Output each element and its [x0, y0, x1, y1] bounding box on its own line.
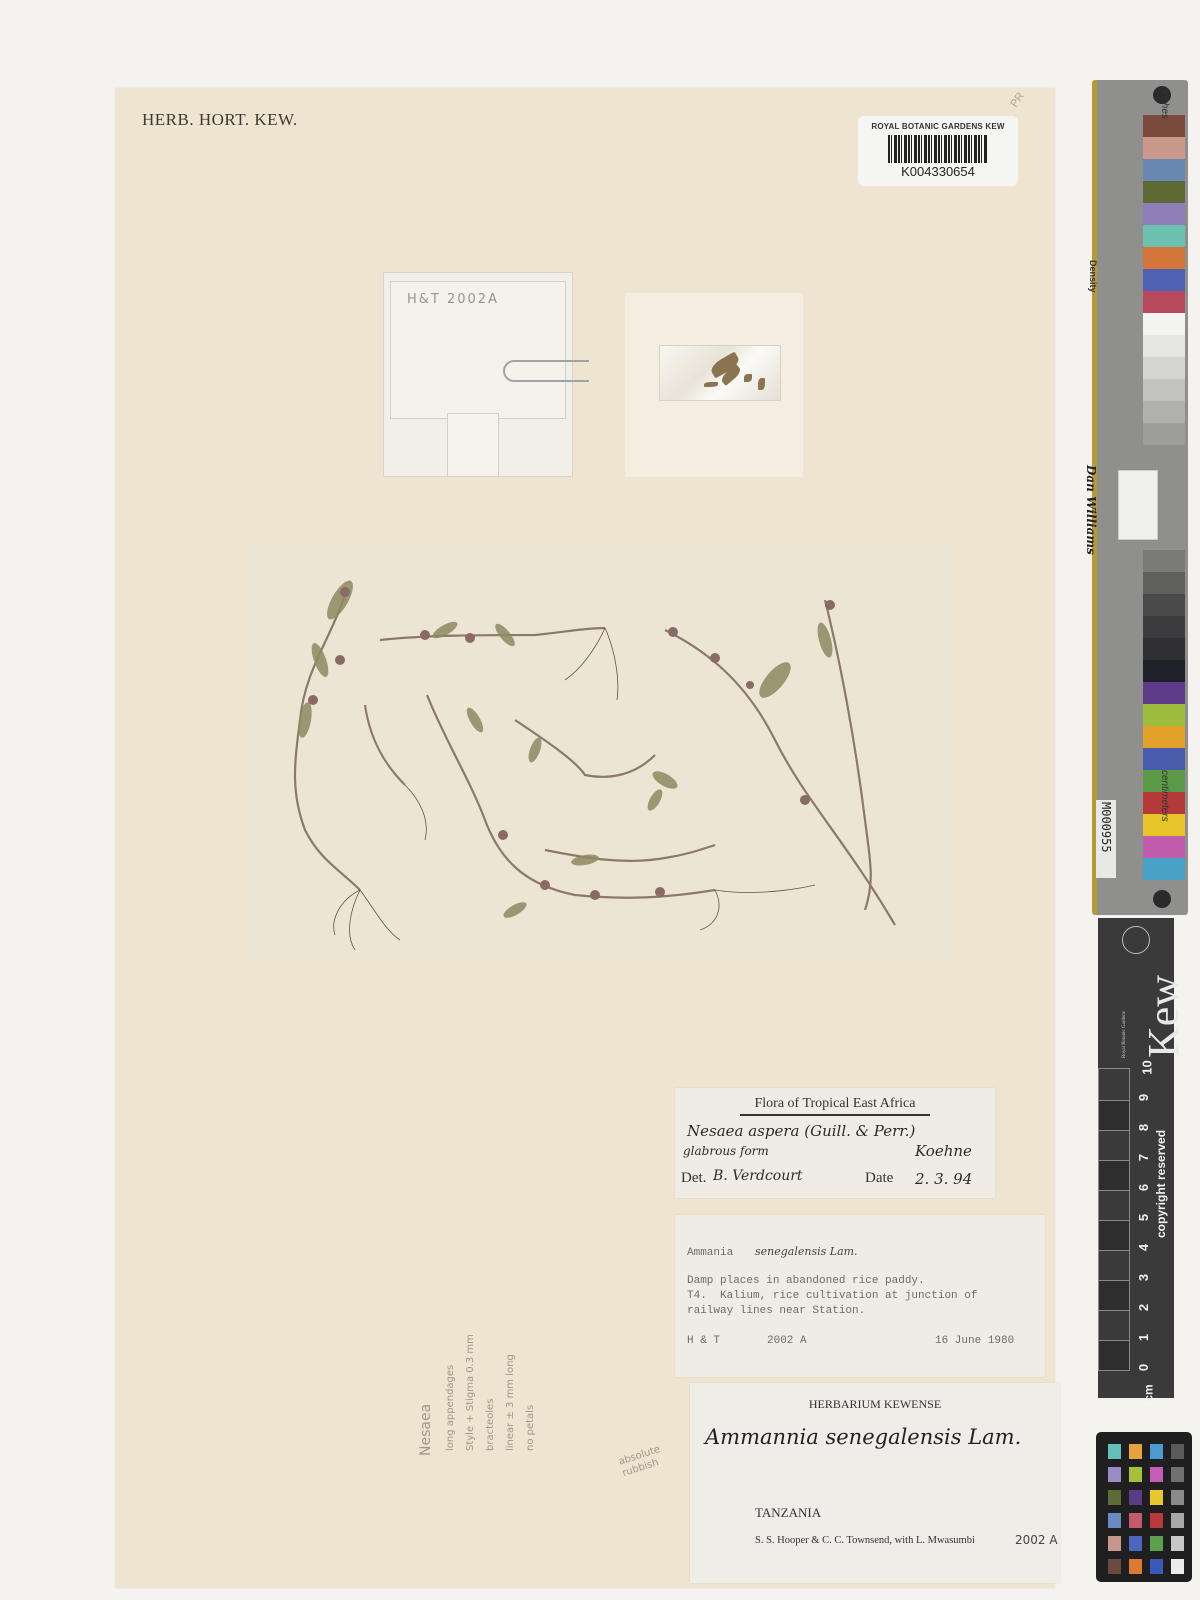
packet-tab [447, 413, 499, 477]
color-swatch [1171, 1536, 1184, 1551]
determiner-signature: B. Verdcourt [713, 1168, 803, 1184]
color-swatch [1171, 1444, 1184, 1459]
kew-scale-bar: Kew Royal Botanic Gardens 012345678910 c… [1098, 918, 1174, 1398]
gray-scale-target [1118, 470, 1158, 540]
barcode-number: K004330654 [858, 164, 1018, 179]
cm-ruler: 012345678910 [1098, 1068, 1130, 1398]
color-swatch [1143, 594, 1185, 616]
determination-form: glabrous form [683, 1144, 769, 1158]
barcode-icon [888, 135, 988, 163]
color-swatch [1129, 1444, 1142, 1459]
barcode-label: ROYAL BOTANIC GARDENS KEW K004330654 [858, 116, 1018, 186]
paperclip-icon [503, 360, 589, 382]
color-swatch [1171, 1490, 1184, 1505]
color-swatch [1150, 1536, 1163, 1551]
color-swatch [1108, 1444, 1121, 1459]
color-checker-grid [1108, 1444, 1184, 1574]
flower-fragment-icon [744, 374, 752, 382]
color-swatch [1143, 225, 1185, 247]
genus-typed: Ammania [687, 1247, 733, 1259]
ruler-segment [1098, 1248, 1130, 1281]
habitat-line-1: Damp places in abandoned rice paddy. [687, 1275, 925, 1287]
pencil-note: Style + Stigma 0.3 mm [465, 1334, 476, 1451]
herbarium-collectors: S. S. Hooper & C. C. Townsend, with L. M… [755, 1535, 975, 1546]
color-swatch [1129, 1467, 1142, 1482]
ruler-number: 0 [1136, 1364, 1151, 1371]
color-swatch [1150, 1444, 1163, 1459]
herbarium-taxon: Ammannia senegalensis Lam. [705, 1425, 1021, 1449]
color-swatch [1143, 291, 1185, 313]
ruler-number: 7 [1136, 1154, 1151, 1161]
color-swatch [1143, 269, 1185, 291]
color-swatch [1171, 1559, 1184, 1574]
color-swatch [1143, 181, 1185, 203]
kew-crest-icon [1122, 926, 1150, 954]
kew-subtitle: Royal Botanic Gardens [1122, 1011, 1127, 1058]
color-swatch [1143, 313, 1185, 335]
density-label: Density [1088, 260, 1098, 293]
ruler-number: 4 [1136, 1244, 1151, 1251]
color-swatch [1143, 357, 1185, 379]
ruler-segment [1098, 1218, 1130, 1251]
ruler-number: 1 [1136, 1334, 1151, 1341]
sheet-header: HERB. HORT. KEW. [142, 110, 298, 130]
color-swatch [1143, 660, 1185, 682]
color-swatch [1171, 1467, 1184, 1482]
ruler-segment [1098, 1098, 1130, 1131]
flower-fragment-icon [758, 378, 765, 390]
color-swatch [1143, 335, 1185, 357]
ruler-segment [1098, 1068, 1130, 1101]
color-swatch [1150, 1559, 1163, 1574]
kew-logo: Kew [1138, 975, 1189, 1058]
color-swatch [1143, 858, 1185, 880]
leaf-fragment-icon [704, 382, 718, 387]
ruler-number: 10 [1140, 1060, 1155, 1074]
color-swatch [1108, 1490, 1121, 1505]
pencil-note: bracteoles [485, 1399, 496, 1451]
color-swatch [1143, 704, 1185, 726]
pencil-note: no petals [525, 1405, 536, 1451]
determination-author: Koehne [915, 1142, 972, 1160]
color-swatch [1143, 836, 1185, 858]
det-label: Det. [681, 1170, 706, 1187]
collection-number: 2002 A [767, 1335, 807, 1347]
pencil-note: linear ± 3 mm long [505, 1354, 516, 1451]
pencil-note: Nesaea [418, 1404, 434, 1456]
color-checker-card [1096, 1432, 1192, 1582]
ruler-number: 8 [1136, 1124, 1151, 1131]
color-swatch [1108, 1559, 1121, 1574]
color-swatch [1150, 1467, 1163, 1482]
color-swatch [1108, 1467, 1121, 1482]
date-label: Date [865, 1170, 893, 1187]
plant-specimen [245, 540, 955, 965]
copyright-text: copyright reserved [1154, 1130, 1168, 1238]
heading-underline [740, 1114, 930, 1116]
color-swatch [1143, 726, 1185, 748]
color-swatch [1143, 379, 1185, 401]
chart-brand: Dan Williams [1084, 465, 1098, 555]
color-swatch [1143, 423, 1185, 445]
mica-mount [625, 293, 803, 477]
color-swatch [1108, 1513, 1121, 1528]
ruler-number: 5 [1136, 1214, 1151, 1221]
color-swatch [1150, 1513, 1163, 1528]
swatch-column-upper [1143, 115, 1185, 445]
ruler-number: 6 [1136, 1184, 1151, 1191]
herbarium-heading: HERBARIUM KEWENSE [690, 1397, 1060, 1412]
color-swatch [1129, 1513, 1142, 1528]
packet-number: H&T 2002A [407, 292, 499, 307]
color-swatch [1108, 1536, 1121, 1551]
herbarium-country: TANZANIA [755, 1505, 821, 1521]
ruler-number: 3 [1136, 1274, 1151, 1281]
field-collection-label: Ammania senegalensis Lam. Damp places in… [675, 1215, 1045, 1377]
color-swatch [1143, 203, 1185, 225]
ruler-segment [1098, 1158, 1130, 1191]
pencil-note: long appendages [445, 1365, 456, 1451]
ruler-number: 9 [1136, 1094, 1151, 1101]
color-swatch [1143, 550, 1185, 572]
cm-unit-label: cm [1142, 1384, 1156, 1401]
species-handwritten: senegalensis Lam. [755, 1245, 858, 1258]
color-swatch [1129, 1559, 1142, 1574]
determination-label: Flora of Tropical East Africa Nesaea asp… [675, 1088, 995, 1198]
habitat-line-3: railway lines near Station. [687, 1305, 865, 1317]
herbarium-number: 2002 A [1015, 1533, 1058, 1547]
habitat-line-2: T4. Kalium, rice cultivation at junction… [687, 1290, 977, 1302]
barcode-organization: ROYAL BOTANIC GARDENS KEW [858, 122, 1018, 131]
color-swatch [1143, 401, 1185, 423]
color-swatch [1129, 1490, 1142, 1505]
collectors-abbrev: H & T [687, 1335, 720, 1347]
herbarium-kewense-label: HERBARIUM KEWENSE Ammannia senegalensis … [690, 1383, 1060, 1583]
pencil-annotations: Nesaea long appendages Style + Stigma 0.… [420, 1270, 620, 1470]
determination-heading: Flora of Tropical East Africa [675, 1096, 995, 1112]
ruler-segment [1098, 1128, 1130, 1161]
inches-label: inches [1159, 90, 1170, 119]
chart-hole-icon [1153, 890, 1171, 908]
chart-id-tag: M000955 [1096, 800, 1116, 878]
mica-slide [659, 345, 781, 401]
color-swatch [1143, 682, 1185, 704]
color-swatch [1143, 137, 1185, 159]
color-swatch [1129, 1536, 1142, 1551]
color-swatch [1143, 638, 1185, 660]
determination-date: 2. 3. 94 [915, 1170, 972, 1188]
pressed-plant-icon [245, 540, 955, 965]
collection-date: 16 June 1980 [935, 1335, 1014, 1347]
color-swatch [1143, 748, 1185, 770]
centimeters-label: centimeters [1159, 770, 1170, 822]
color-swatch [1143, 572, 1185, 594]
ruler-segment [1098, 1338, 1130, 1371]
color-swatch [1143, 616, 1185, 638]
fragment-packet: H&T 2002A [383, 272, 573, 477]
color-swatch [1150, 1490, 1163, 1505]
determination-taxon: Nesaea aspera (Guill. & Perr.) [687, 1122, 915, 1140]
ruler-number: 2 [1136, 1304, 1151, 1311]
color-swatch [1143, 159, 1185, 181]
ruler-segment [1098, 1278, 1130, 1311]
ruler-segment [1098, 1188, 1130, 1221]
color-swatch [1143, 247, 1185, 269]
swatch-column-lower [1143, 550, 1185, 880]
ruler-segment [1098, 1308, 1130, 1341]
packet-flap: H&T 2002A [390, 281, 566, 419]
color-swatch [1171, 1513, 1184, 1528]
chart-id: M000955 [1099, 802, 1113, 853]
